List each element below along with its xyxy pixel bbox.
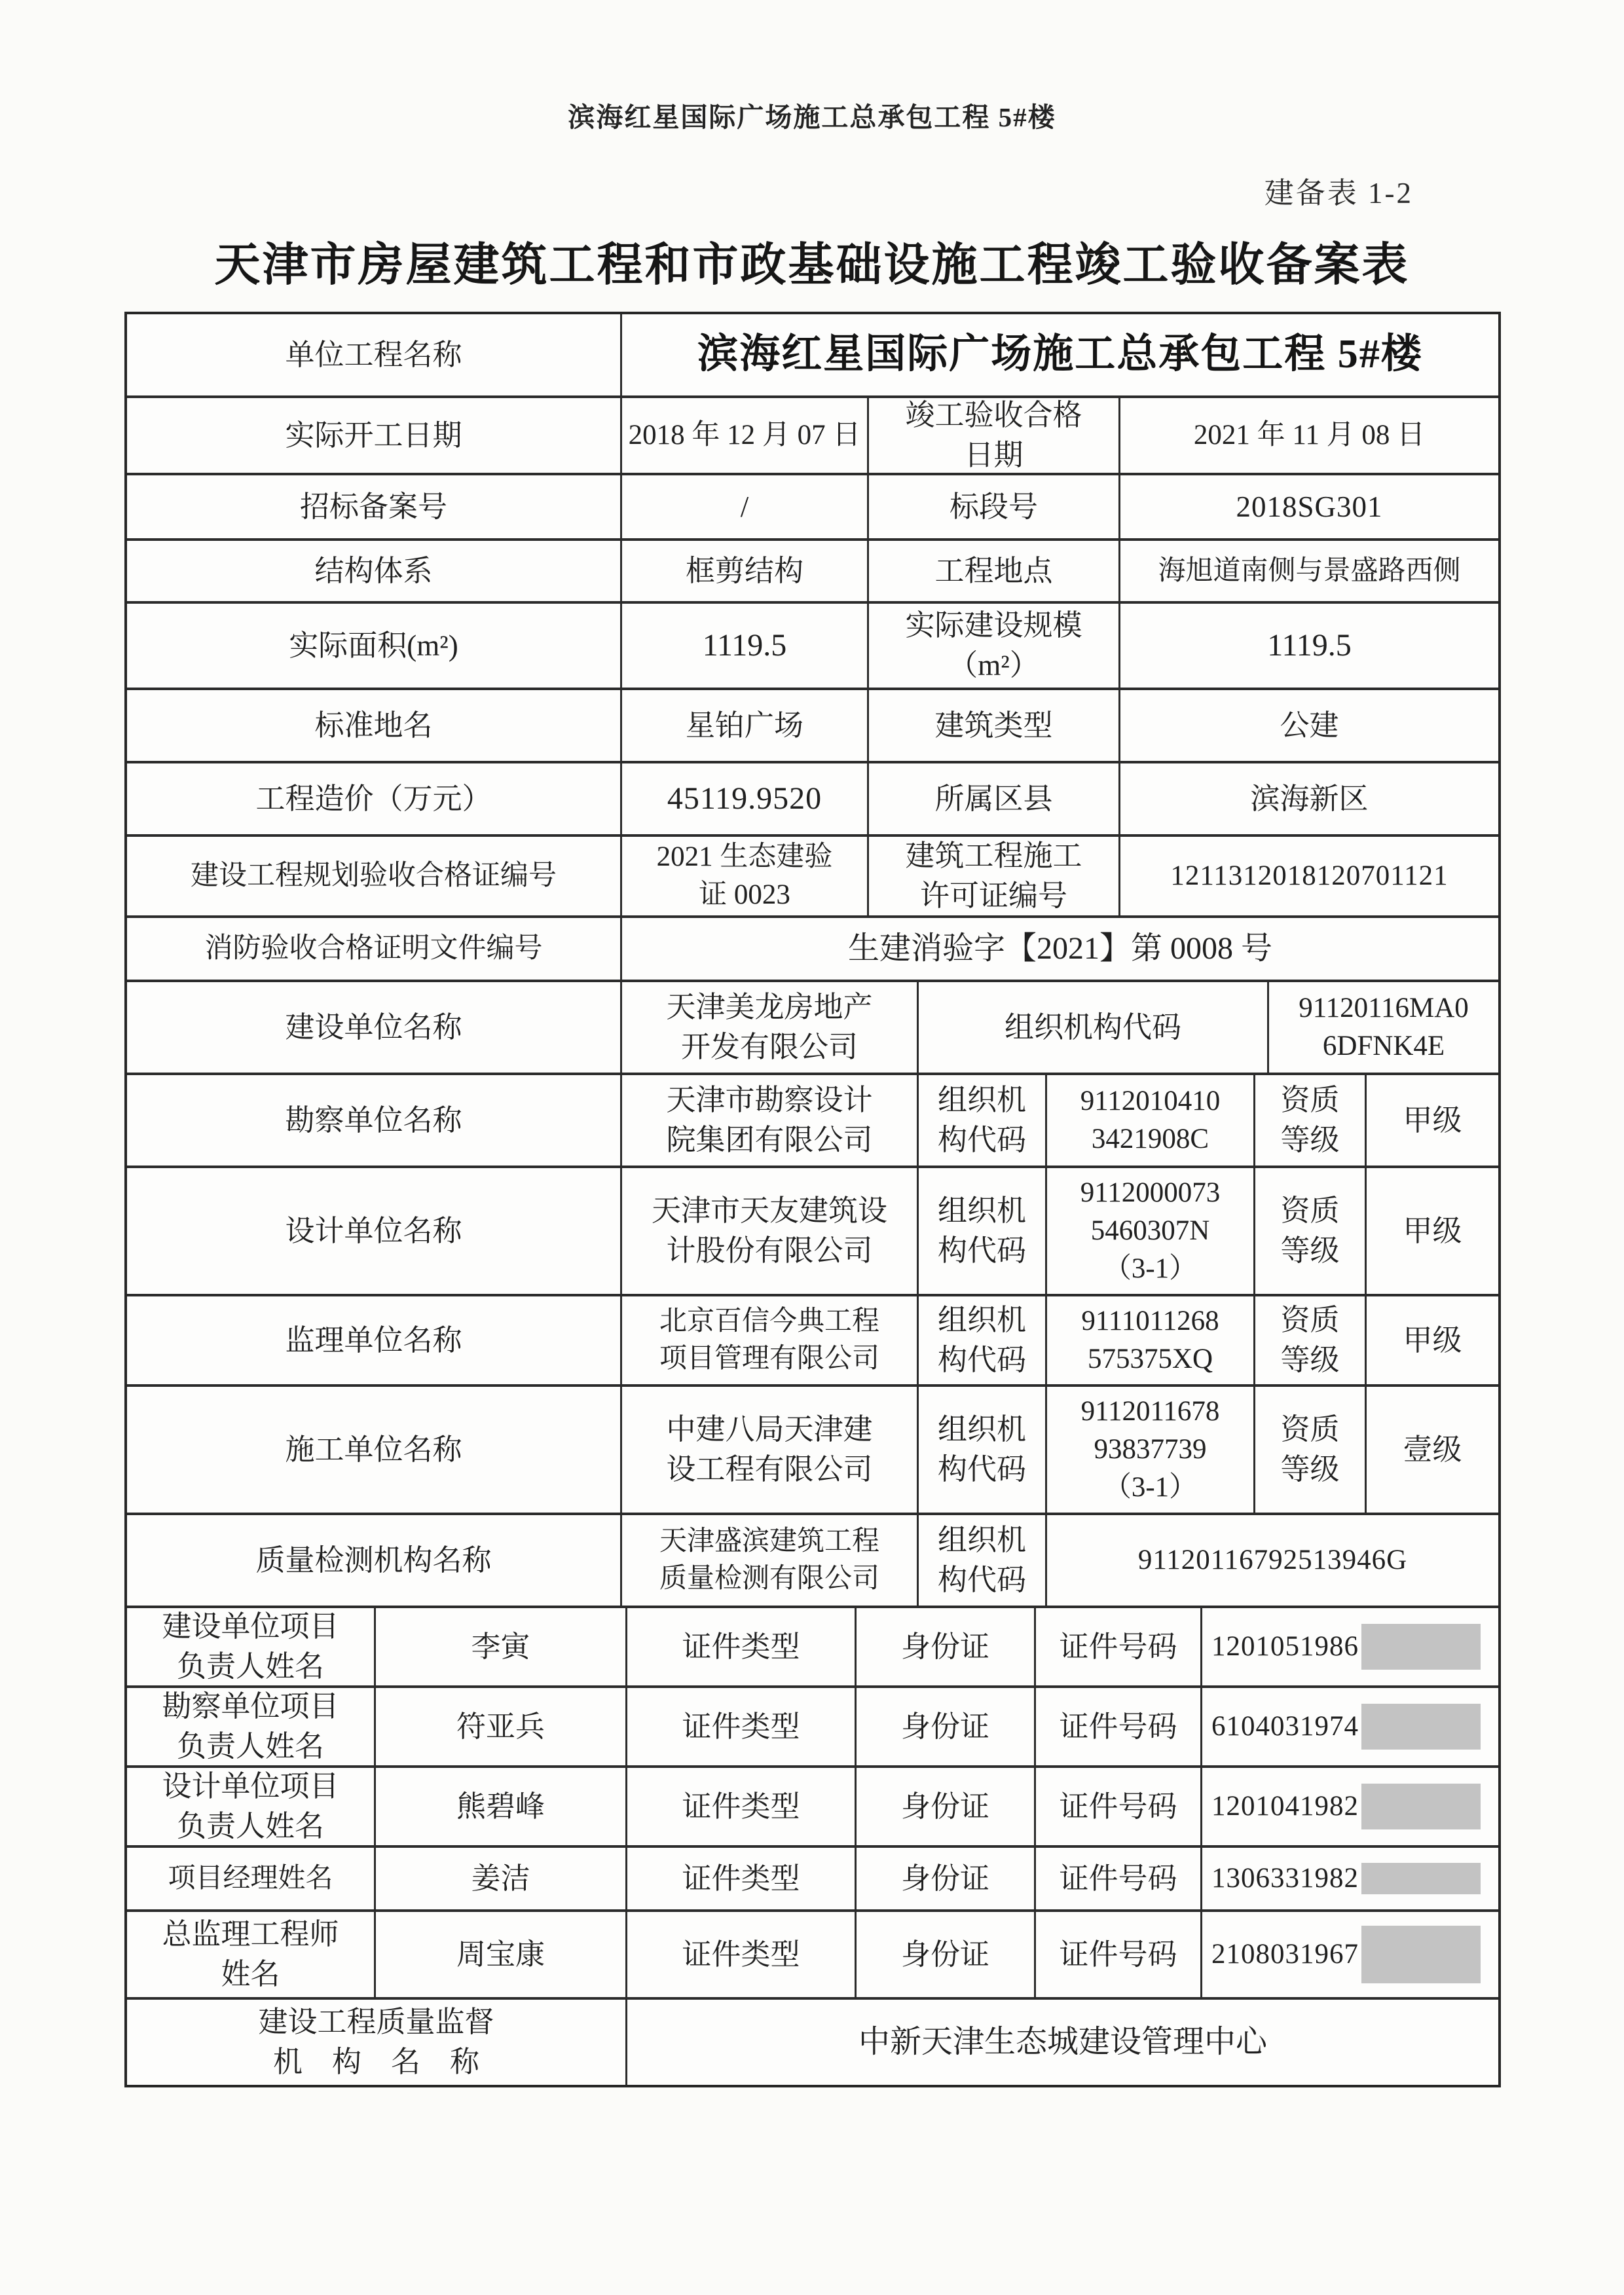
design-unit-grade: 甲级 — [1367, 1168, 1498, 1294]
row-supervision-unit: 监理单位名称 北京百信今典工程 项目管理有限公司 组织机 构代码 9111011… — [127, 1296, 1498, 1387]
unit-name-label: 单位工程名称 — [127, 314, 622, 395]
standard-place-label: 标准地名 — [127, 690, 622, 761]
project-manager-doc-no: 1306331982 — [1202, 1848, 1498, 1909]
row-standard-place: 标准地名 星铂广场 建筑类型 公建 — [127, 690, 1498, 763]
row-inspection-agency: 质量检测机构名称 天津盛滨建筑工程 质量检测有限公司 组织机 构代码 91120… — [127, 1515, 1498, 1608]
design-pm-doc-type-label: 证件类型 — [627, 1768, 857, 1845]
quality-supervision-agency-label: 建设工程质量监督 机 构 名 称 — [127, 2000, 627, 2085]
row-actual-area: 实际面积(m²) 1119.5 实际建设规模 （m²） 1119.5 — [127, 604, 1498, 690]
design-unit-code-label: 组织机 构代码 — [919, 1168, 1047, 1294]
building-type-value: 公建 — [1120, 690, 1498, 761]
chief-supervisor-doc-type-label: 证件类型 — [627, 1912, 857, 1997]
design-unit-company: 天津市天友建筑设 计股份有限公司 — [622, 1168, 919, 1294]
supervision-unit-company: 北京百信今典工程 项目管理有限公司 — [622, 1296, 919, 1384]
row-design-pm: 设计单位项目 负责人姓名 熊碧峰 证件类型 身份证 证件号码 120104198… — [127, 1768, 1498, 1848]
row-chief-supervisor: 总监理工程师 姓名 周宝康 证件类型 身份证 证件号码 2108031967 — [127, 1912, 1498, 2000]
survey-unit-grade-label: 资质 等级 — [1255, 1075, 1367, 1166]
bid-section-value: 2018SG301 — [1120, 475, 1498, 538]
chief-supervisor-doc-no: 2108031967 — [1202, 1912, 1498, 1997]
row-quality-supervision-agency: 建设工程质量监督 机 构 名 称 中新天津生态城建设管理中心 — [127, 2000, 1498, 2085]
row-owner-unit: 建设单位名称 天津美龙房地产 开发有限公司 组织机构代码 91120116MA0… — [127, 982, 1498, 1075]
contractor-unit-code: 9112011678 93837739 （3-1） — [1047, 1387, 1255, 1513]
design-pm-doc-type: 身份证 — [857, 1768, 1036, 1845]
acceptance-date-value: 2021 年 11 月 08 日 — [1120, 398, 1498, 473]
owner-unit-code-label: 组织机构代码 — [919, 982, 1269, 1073]
site-value: 海旭道南侧与景盛路西侧 — [1120, 541, 1498, 601]
owner-pm-name: 李寅 — [376, 1608, 627, 1685]
structure-value: 框剪结构 — [622, 541, 869, 601]
design-unit-grade-label: 资质 等级 — [1255, 1168, 1367, 1294]
standard-place-value: 星铂广场 — [622, 690, 869, 761]
survey-unit-company: 天津市勘察设计 院集团有限公司 — [622, 1075, 919, 1166]
owner-unit-code: 91120116MA0 6DFNK4E — [1269, 982, 1498, 1073]
row-project-cost: 工程造价（万元） 45119.9520 所属区县 滨海新区 — [127, 763, 1498, 837]
project-manager-doc-type-label: 证件类型 — [627, 1848, 857, 1909]
survey-unit-grade: 甲级 — [1367, 1075, 1498, 1166]
supervision-unit-code: 9111011268 575375XQ — [1047, 1296, 1255, 1384]
survey-pm-doc-no-digits: 6104031974 — [1211, 1708, 1359, 1746]
row-structure: 结构体系 框剪结构 工程地点 海旭道南侧与景盛路西侧 — [127, 541, 1498, 604]
chief-supervisor-name: 周宝康 — [376, 1912, 627, 1997]
start-date-value: 2018 年 12 月 07 日 — [622, 398, 869, 473]
unit-name-value: 滨海红星国际广场施工总承包工程 5#楼 — [622, 314, 1498, 395]
form-title: 天津市房屋建筑工程和市政基础设施工程竣工验收备案表 — [0, 228, 1624, 294]
chief-supervisor-doc-no-digits: 2108031967 — [1211, 1936, 1359, 1974]
redaction-block — [1361, 1704, 1481, 1750]
owner-pm-doc-no-label: 证件号码 — [1036, 1608, 1202, 1685]
supervision-unit-grade-label: 资质 等级 — [1255, 1296, 1367, 1384]
project-cost-label: 工程造价（万元） — [127, 763, 622, 834]
contractor-unit-grade-label: 资质 等级 — [1255, 1387, 1367, 1513]
design-pm-doc-no-label: 证件号码 — [1036, 1768, 1202, 1845]
owner-unit-company: 天津美龙房地产 开发有限公司 — [622, 982, 919, 1073]
construction-permit-value: 1211312018120701121 — [1120, 837, 1498, 915]
contractor-unit-grade: 壹级 — [1367, 1387, 1498, 1513]
row-contractor-unit: 施工单位名称 中建八局天津建 设工程有限公司 组织机 构代码 911201167… — [127, 1387, 1498, 1515]
supervision-unit-label: 监理单位名称 — [127, 1296, 622, 1384]
project-manager-doc-no-digits: 1306331982 — [1211, 1860, 1359, 1898]
row-start-date: 实际开工日期 2018 年 12 月 07 日 竣工验收合格 日期 2021 年… — [127, 398, 1498, 475]
design-unit-code: 9112000073 5460307N （3-1） — [1047, 1168, 1255, 1294]
design-unit-label: 设计单位名称 — [127, 1168, 622, 1294]
project-manager-label: 项目经理姓名 — [127, 1848, 376, 1909]
redaction-block — [1361, 1926, 1481, 1983]
quality-supervision-agency-value: 中新天津生态城建设管理中心 — [627, 2000, 1498, 2085]
project-cost-value: 45119.9520 — [622, 763, 869, 834]
actual-scale-label: 实际建设规模 （m²） — [869, 604, 1120, 688]
owner-pm-doc-no-digits: 1201051986 — [1211, 1628, 1359, 1666]
row-unit-name: 单位工程名称 滨海红星国际广场施工总承包工程 5#楼 — [127, 314, 1498, 398]
inspection-agency-code-label: 组织机 构代码 — [919, 1515, 1047, 1606]
site-label: 工程地点 — [869, 541, 1120, 601]
row-project-manager: 项目经理姓名 姜洁 证件类型 身份证 证件号码 1306331982 — [127, 1848, 1498, 1912]
planning-cert-value: 2021 生态建验 证 0023 — [622, 837, 869, 915]
actual-area-value: 1119.5 — [622, 604, 869, 688]
chief-supervisor-label: 总监理工程师 姓名 — [127, 1912, 376, 1997]
owner-pm-doc-no: 1201051986 — [1202, 1608, 1498, 1685]
acceptance-date-label: 竣工验收合格 日期 — [869, 398, 1120, 473]
row-survey-pm: 勘察单位项目 负责人姓名 符亚兵 证件类型 身份证 证件号码 610403197… — [127, 1688, 1498, 1768]
survey-pm-name: 符亚兵 — [376, 1688, 627, 1765]
survey-pm-doc-type-label: 证件类型 — [627, 1688, 857, 1765]
redaction-block — [1361, 1863, 1481, 1894]
design-pm-name: 熊碧峰 — [376, 1768, 627, 1845]
bid-record-value: / — [622, 475, 869, 538]
actual-scale-value: 1119.5 — [1120, 604, 1498, 688]
survey-unit-label: 勘察单位名称 — [127, 1075, 622, 1166]
inspection-agency-label: 质量检测机构名称 — [127, 1515, 622, 1606]
record-form-table: 单位工程名称 滨海红星国际广场施工总承包工程 5#楼 实际开工日期 2018 年… — [124, 312, 1501, 2087]
design-pm-doc-no: 1201041982 — [1202, 1768, 1498, 1845]
district-label: 所属区县 — [869, 763, 1120, 834]
bid-section-label: 标段号 — [869, 475, 1120, 538]
row-owner-pm: 建设单位项目 负责人姓名 李寅 证件类型 身份证 证件号码 1201051986 — [127, 1608, 1498, 1688]
district-value: 滨海新区 — [1120, 763, 1498, 834]
project-manager-doc-type: 身份证 — [857, 1848, 1036, 1909]
redaction-block — [1361, 1624, 1481, 1670]
actual-area-label: 实际面积(m²) — [127, 604, 622, 688]
survey-unit-code: 9112010410 3421908C — [1047, 1075, 1255, 1166]
row-bid-record: 招标备案号 / 标段号 2018SG301 — [127, 475, 1498, 541]
project-manager-doc-no-label: 证件号码 — [1036, 1848, 1202, 1909]
contractor-unit-label: 施工单位名称 — [127, 1387, 622, 1513]
project-manager-name: 姜洁 — [376, 1848, 627, 1909]
supervision-unit-code-label: 组织机 构代码 — [919, 1296, 1047, 1384]
row-survey-unit: 勘察单位名称 天津市勘察设计 院集团有限公司 组织机 构代码 911201041… — [127, 1075, 1498, 1168]
owner-pm-doc-type-label: 证件类型 — [627, 1608, 857, 1685]
fire-cert-value: 生建消验字【2021】第 0008 号 — [622, 918, 1498, 980]
chief-supervisor-doc-no-label: 证件号码 — [1036, 1912, 1202, 1997]
survey-pm-doc-no-label: 证件号码 — [1036, 1688, 1202, 1765]
contractor-unit-company: 中建八局天津建 设工程有限公司 — [622, 1387, 919, 1513]
chief-supervisor-doc-type: 身份证 — [857, 1912, 1036, 1997]
design-pm-doc-no-digits: 1201041982 — [1211, 1788, 1359, 1826]
structure-label: 结构体系 — [127, 541, 622, 601]
survey-pm-doc-no: 6104031974 — [1202, 1688, 1498, 1765]
row-fire-cert: 消防验收合格证明文件编号 生建消验字【2021】第 0008 号 — [127, 918, 1498, 982]
building-type-label: 建筑类型 — [869, 690, 1120, 761]
inspection-agency-company: 天津盛滨建筑工程 质量检测有限公司 — [622, 1515, 919, 1606]
row-design-unit: 设计单位名称 天津市天友建筑设 计股份有限公司 组织机 构代码 91120000… — [127, 1168, 1498, 1296]
supervision-unit-grade: 甲级 — [1367, 1296, 1498, 1384]
survey-pm-doc-type: 身份证 — [857, 1688, 1036, 1765]
form-number: 建备表 1-2 — [1264, 169, 1413, 211]
row-planning-cert: 建设工程规划验收合格证编号 2021 生态建验 证 0023 建筑工程施工 许可… — [127, 837, 1498, 918]
design-pm-label: 设计单位项目 负责人姓名 — [127, 1768, 376, 1845]
redaction-block — [1361, 1784, 1481, 1829]
owner-unit-label: 建设单位名称 — [127, 982, 622, 1073]
owner-pm-doc-type: 身份证 — [857, 1608, 1036, 1685]
inspection-agency-code: 91120116792513946G — [1047, 1515, 1498, 1606]
survey-pm-label: 勘察单位项目 负责人姓名 — [127, 1688, 376, 1765]
planning-cert-label: 建设工程规划验收合格证编号 — [127, 837, 622, 915]
bid-record-label: 招标备案号 — [127, 475, 622, 538]
contractor-unit-code-label: 组织机 构代码 — [919, 1387, 1047, 1513]
page-header: 滨海红星国际广场施工总承包工程 5#楼 — [0, 96, 1624, 134]
start-date-label: 实际开工日期 — [127, 398, 622, 473]
construction-permit-label: 建筑工程施工 许可证编号 — [869, 837, 1120, 915]
owner-pm-label: 建设单位项目 负责人姓名 — [127, 1608, 376, 1685]
survey-unit-code-label: 组织机 构代码 — [919, 1075, 1047, 1166]
fire-cert-label: 消防验收合格证明文件编号 — [127, 918, 622, 980]
